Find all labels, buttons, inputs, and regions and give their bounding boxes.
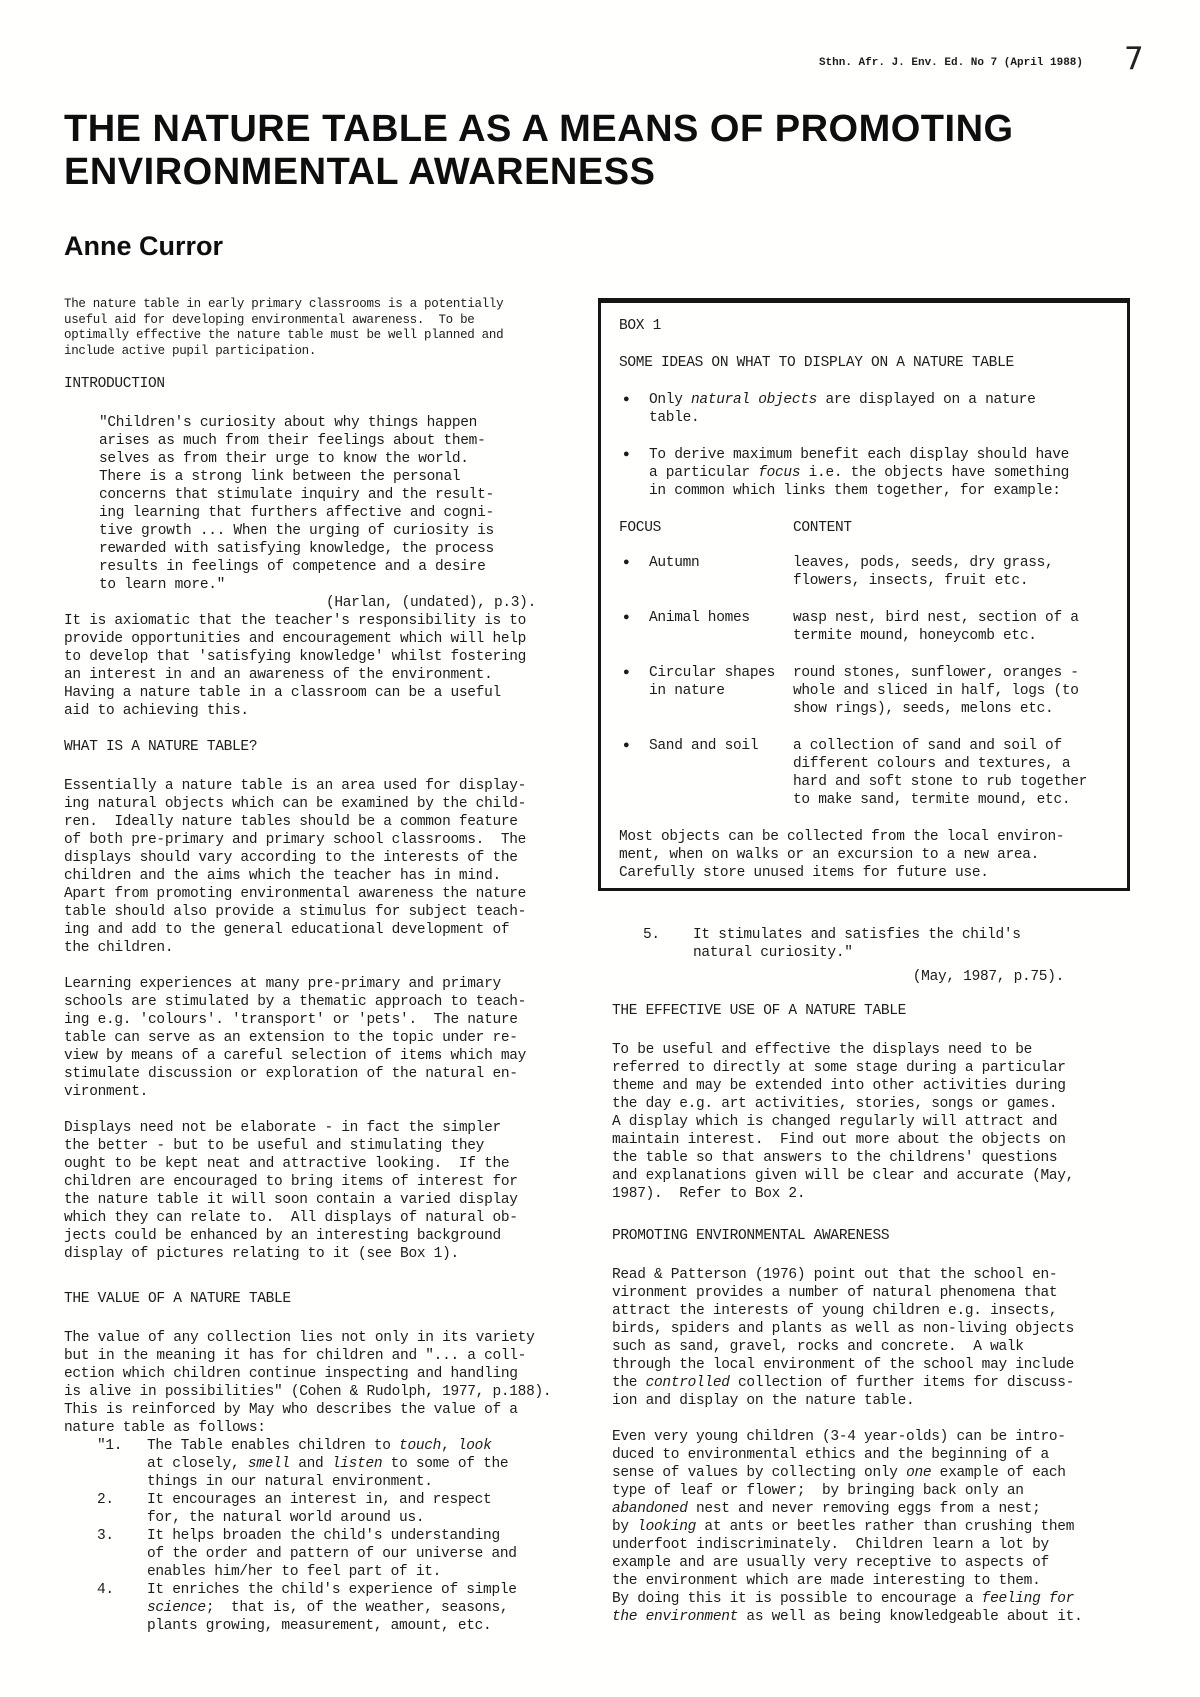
focus-cell: Animal homes	[649, 609, 793, 645]
paragraph-value: The value of any collection lies not onl…	[64, 1329, 576, 1437]
list-item: 3. It helps broaden the child's understa…	[97, 1527, 576, 1581]
abstract: The nature table in early primary classr…	[64, 297, 576, 359]
section-heading-what-is-a-nature-table: WHAT IS A NATURE TABLE?	[64, 738, 576, 756]
list-item-number: 2.	[97, 1491, 147, 1527]
quote-attribution: (May, 1987, p.75).	[612, 968, 1104, 986]
article-title: THE NATURE TABLE AS A MEANS OF PROMOTING…	[64, 108, 1014, 194]
table-row: ● Animal homes wasp nest, bird nest, sec…	[623, 609, 1121, 645]
bullet-icon: ●	[623, 391, 649, 427]
content-column-header: CONTENT	[793, 519, 852, 537]
bullet-icon: ●	[623, 609, 649, 645]
list-item: 5. It stimulates and satisfies the child…	[643, 926, 1104, 962]
focus-cell: Sand and soil	[649, 737, 793, 809]
paragraph-promoting-1: Read & Patterson (1976) point out that t…	[612, 1266, 1104, 1410]
focus-column-header: FOCUS	[619, 519, 793, 537]
section-heading-introduction: INTRODUCTION	[64, 375, 576, 393]
value-list: "1. The Table enables children to touch,…	[97, 1437, 576, 1635]
box-heading: SOME IDEAS ON WHAT TO DISPLAY ON A NATUR…	[619, 354, 1121, 372]
right-column: 5. It stimulates and satisfies the child…	[612, 926, 1104, 1644]
box-bullet-item: ● To derive maximum benefit each display…	[623, 446, 1121, 500]
content-cell: round stones, sunflower, oranges -whole …	[793, 664, 1121, 718]
focus-content-header-row: FOCUS CONTENT	[619, 519, 1121, 537]
document-page: Sthn. Afr. J. Env. Ed. No 7 (April 1988)…	[0, 0, 1200, 1697]
bullet-icon: ●	[623, 554, 649, 590]
left-column: The nature table in early primary classr…	[64, 297, 576, 1635]
content-cell: wasp nest, bird nest, section of atermit…	[793, 609, 1121, 645]
list-item-text: The Table enables children to touch, loo…	[147, 1437, 576, 1491]
bullet-icon: ●	[623, 664, 649, 718]
bullet-icon: ●	[623, 446, 649, 500]
quote-attribution: (Harlan, (undated), p.3).	[64, 594, 576, 612]
focus-cell: Circular shapesin nature	[649, 664, 793, 718]
box-label: BOX 1	[619, 317, 1121, 335]
paragraph-promoting-2: Even very young children (3-4 year-olds)…	[612, 1428, 1104, 1626]
bullet-icon: ●	[623, 737, 649, 809]
list-item-text: It enriches the child's experience of si…	[147, 1581, 576, 1635]
box-footer: Most objects can be collected from the l…	[619, 828, 1121, 882]
list-item-number: 3.	[97, 1527, 147, 1581]
paragraph-what-1: Essentially a nature table is an area us…	[64, 777, 576, 957]
list-item-text: It helps broaden the child's understandi…	[147, 1527, 576, 1581]
content-cell: leaves, pods, seeds, dry grass,flowers, …	[793, 554, 1121, 590]
section-heading-effective-use: THE EFFECTIVE USE OF A NATURE TABLE	[612, 1002, 1104, 1020]
paragraph-effective-use: To be useful and effective the displays …	[612, 1041, 1104, 1203]
list-item-number: 4.	[97, 1581, 147, 1635]
list-item: "1. The Table enables children to touch,…	[97, 1437, 576, 1491]
list-item-number: "1.	[97, 1437, 147, 1491]
box-bullet-text: Only natural objects are displayed on a …	[649, 391, 1121, 427]
table-row: ● Autumn leaves, pods, seeds, dry grass,…	[623, 554, 1121, 590]
paragraph-what-2: Learning experiences at many pre-primary…	[64, 975, 576, 1101]
journal-reference: Sthn. Afr. J. Env. Ed. No 7 (April 1988)	[819, 56, 1083, 70]
section-heading-promoting-awareness: PROMOTING ENVIRONMENTAL AWARENESS	[612, 1227, 1104, 1245]
list-item-text: It stimulates and satisfies the child'sn…	[693, 926, 1104, 962]
focus-cell: Autumn	[649, 554, 793, 590]
quote-block: "Children's curiosity about why things h…	[99, 414, 576, 594]
table-row: ● Sand and soil a collection of sand and…	[623, 737, 1121, 809]
list-item-text: It encourages an interest in, and respec…	[147, 1491, 576, 1527]
table-row: ● Circular shapesin nature round stones,…	[623, 664, 1121, 718]
list-item-number: 5.	[643, 926, 693, 962]
content-cell: a collection of sand and soil ofdifferen…	[793, 737, 1121, 809]
section-heading-value: THE VALUE OF A NATURE TABLE	[64, 1290, 576, 1308]
box1-sidebar: BOX 1 SOME IDEAS ON WHAT TO DISPLAY ON A…	[598, 298, 1130, 891]
list-item: 4. It enriches the child's experience of…	[97, 1581, 576, 1635]
page-number: 7	[1124, 42, 1144, 76]
box-bullet-item: ● Only natural objects are displayed on …	[623, 391, 1121, 427]
list-item: 2. It encourages an interest in, and res…	[97, 1491, 576, 1527]
author-name: Anne Curror	[64, 231, 223, 262]
paragraph-introduction: It is axiomatic that the teacher's respo…	[64, 612, 576, 720]
paragraph-what-3: Displays need not be elaborate - in fact…	[64, 1119, 576, 1263]
box-bullet-text: To derive maximum benefit each display s…	[649, 446, 1121, 500]
